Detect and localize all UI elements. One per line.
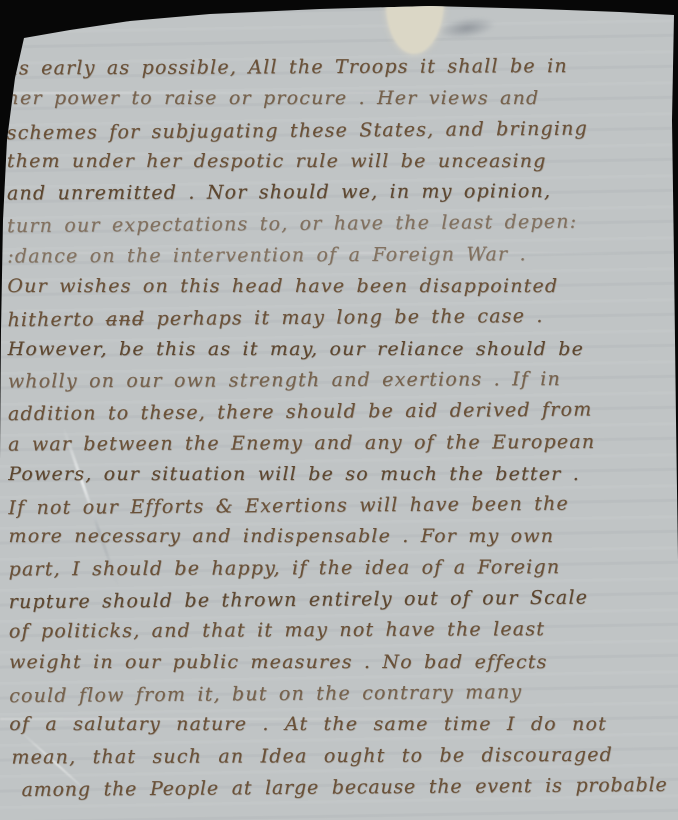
manuscript-line: Powers, our situation will be so much th…: [8, 459, 674, 490]
manuscript-line: more necessary and indispensable . For m…: [8, 521, 674, 552]
manuscript-text: as early as possible, All the Troops it …: [6, 51, 675, 805]
manuscript-line: wholly on our own strength and exertions…: [8, 364, 674, 398]
manuscript-line: addition to these, there should be aid d…: [8, 394, 674, 431]
manuscript-line: a war between the Enemy and any of the E…: [8, 426, 674, 460]
manuscript-line: However, be this as it may, our reliance…: [8, 334, 674, 365]
manuscript-line: Our wishes on this head have been disapp…: [7, 271, 673, 302]
manuscript-line: among the People at large because the ev…: [9, 770, 675, 807]
manuscript-line: of a salutary nature . At the same time …: [9, 709, 675, 740]
manuscript-line: schemes for subjugating these States, an…: [7, 112, 673, 149]
manuscript-line: turn our expectations to, or have the le…: [7, 206, 673, 243]
manuscript-line: rupture should be thrown entirely out of…: [9, 582, 675, 619]
manuscript-line: :dance on the intervention of a Foreign …: [7, 238, 673, 272]
manuscript-line: and unremitted . Nor should we, in my op…: [7, 176, 673, 210]
manuscript-line: could flow from it, but on the contrary …: [9, 676, 675, 713]
manuscript-line: them under her despotic rule will be unc…: [7, 146, 673, 177]
manuscript-line: mean, that such an Idea ought to be disc…: [9, 739, 675, 773]
manuscript-line: of politicks, and that it may not have t…: [9, 614, 675, 648]
manuscript-line: part, I should be happy, if the idea of …: [9, 551, 675, 585]
manuscript-photo: as early as possible, All the Troops it …: [0, 0, 678, 820]
manuscript-line: weight in our public measures . No bad e…: [9, 647, 675, 678]
manuscript-line: her power to raise or procure . Her view…: [7, 83, 673, 114]
manuscript-line: If not our Efforts & Exertions will have…: [8, 488, 674, 525]
manuscript-line: hitherto a̶n̶d̶ perhaps it may long be t…: [7, 300, 673, 337]
manuscript-line: as early as possible, All the Troops it …: [6, 51, 672, 85]
letter-page: as early as possible, All the Troops it …: [0, 0, 678, 820]
